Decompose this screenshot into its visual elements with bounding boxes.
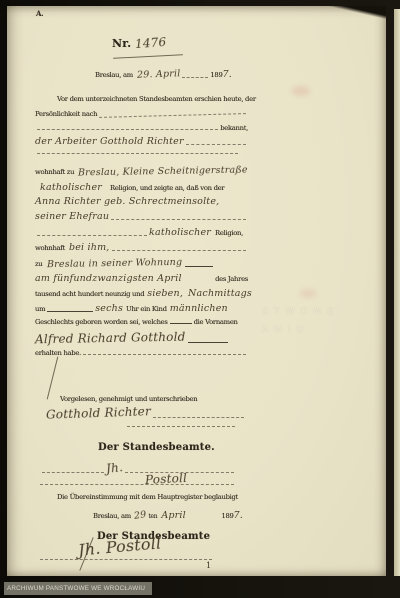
certification-text: Die Übereinstimmung mit dem Hauptregiste…	[57, 493, 238, 501]
birthplace-rule	[185, 265, 213, 267]
geschlecht-line: Geschlechts geboren worden sei, welches …	[35, 318, 248, 326]
next-page-edge	[394, 9, 400, 576]
childname-line: Alfred Richard Gotthold	[35, 331, 230, 345]
birthplace-line: zu Breslau in seiner Wohnung	[35, 258, 248, 269]
read-approved-text: Vorgelesen, genehmigt und unterschrieben	[60, 395, 197, 403]
um-label: um	[35, 305, 45, 313]
blank-dashes-1	[37, 152, 238, 154]
birth-daytime: Nachmittags	[188, 288, 252, 299]
year-label: des Jahres	[215, 275, 248, 283]
year-line: tausend acht hundert neunzig und sieben,…	[35, 288, 252, 299]
erhalten-fill-dashes	[83, 353, 246, 355]
page-number: 1	[206, 561, 211, 570]
certification-line: Die Übereinstimmung mit dem Hauptregiste…	[57, 493, 238, 501]
date-year-hand: 7.	[222, 69, 231, 80]
scanned-register-page: A. Nr. 1476 Breslau, am 29. April 189 7.…	[0, 0, 400, 598]
religion-label-2: Religion,	[215, 229, 243, 237]
declarant-line: der Arbeiter Gotthold Richter	[35, 136, 248, 147]
geschlecht-text: Geschlechts geboren worden sei, welches	[35, 318, 168, 326]
year-words: tausend acht hundert neunzig und	[35, 290, 144, 298]
religion-line-1: katholischer Religion, und zeigte an, da…	[40, 182, 224, 193]
birth-zu-label: zu	[35, 260, 42, 268]
page-corner-shadow	[316, 6, 386, 22]
signature-fill-dashes-1	[153, 416, 244, 418]
blank-line-2	[125, 425, 237, 429]
gender-hand: männlichen	[170, 303, 228, 314]
resides-line: wohnhaft bei ihm,	[35, 242, 248, 253]
religion2-fill-dashes	[37, 234, 147, 236]
certify-year-printed: 189	[221, 512, 233, 520]
geschlecht-rule	[170, 322, 192, 324]
birthdate-line: am fünfundzwanzigsten April des Jahres	[35, 273, 248, 284]
resides-label: wohnhaft	[35, 244, 65, 252]
birth-date: am fünfundzwanzigsten April	[35, 273, 182, 284]
hour-line: um sechs Uhr ein Kind männlichen	[35, 303, 248, 314]
read-approved-line: Vorgelesen, genehmigt und unterschrieben	[60, 395, 197, 403]
certify-ten-suffix: ten	[148, 513, 157, 520]
date-place-label: Breslau, am	[95, 71, 133, 79]
record-number-line: Nr. 1476	[112, 36, 167, 50]
archive-watermark-bar: ARCHIWUM PAŃSTWOWE WE WROCŁAWIU	[4, 582, 152, 595]
certify-place-label: Breslau, am	[93, 512, 131, 520]
mother-line: Anna Richter geb. Schrectmeinsolte,	[35, 196, 219, 207]
mother-religion: katholischer	[149, 227, 211, 238]
declarant-signature-line: Gotthold Richter	[46, 406, 246, 420]
year-hand: sieben,	[147, 288, 183, 299]
certify-month: April	[161, 510, 186, 521]
archive-watermark-mid-1: STWOWE	[262, 306, 340, 316]
record-number-value: 1476	[135, 35, 167, 51]
date-fill-dashes	[182, 76, 208, 78]
religion-label-1: Religion, und zeigte an, daß von der	[110, 184, 224, 192]
corner-mark: A.	[36, 9, 43, 18]
hour-hand: sechs	[95, 303, 123, 314]
declarant-fill-dashes	[186, 143, 246, 145]
intro-fill-dashes-2	[37, 128, 218, 130]
declarant-name: der Arbeiter Gotthold Richter	[35, 136, 184, 147]
archive-watermark-text: ARCHIWUM PAŃSTWOWE WE WROCŁAWIU	[7, 585, 145, 592]
mother-relation: seiner Ehefrau	[35, 211, 109, 222]
registrar-signature-initial: Jh.	[105, 460, 123, 476]
intro-line-1: Vor dem unterzeichneten Standesbeamten e…	[57, 95, 256, 103]
relation-fill-dashes	[111, 218, 246, 220]
blank-line-4	[38, 558, 214, 562]
date-line: Breslau, am 29. April 189 7.	[95, 69, 255, 80]
intro-text-2: Persönlichkeit nach	[35, 110, 97, 118]
corner-mark-label: A.	[36, 9, 43, 18]
intro-line-2: Persönlichkeit nach	[35, 110, 248, 118]
blank-line-1	[35, 152, 240, 156]
certify-day: 29	[133, 509, 147, 522]
date-year-printed: 189	[210, 71, 222, 79]
uhr-label: Uhr ein Kind	[126, 305, 167, 313]
declarant-religion: katholischer	[40, 182, 102, 193]
sig-dashes-a	[42, 471, 104, 473]
residence-label: wohnhaft zu	[35, 168, 74, 176]
registrar-heading: Der Standesbeamte.	[98, 442, 215, 453]
intro-text-1: Vor dem unterzeichneten Standesbeamten e…	[57, 95, 256, 103]
resides-fill-dashes	[112, 249, 247, 251]
erhalten-line: erhalten habe.	[35, 349, 248, 357]
date-day-month: 29. April	[137, 68, 181, 81]
archive-watermark-mid-2: AWIU	[262, 324, 309, 334]
child-names: Alfred Richard Gotthold	[35, 330, 186, 347]
certify-year-hand: 7.	[234, 510, 243, 521]
resides-value: bei ihm,	[69, 242, 110, 253]
hour-rule	[47, 310, 93, 312]
childname-rule	[188, 341, 228, 343]
blank-line-3	[38, 483, 236, 487]
blank-dashes-4	[40, 558, 212, 560]
vornamen-label: die Vornamen	[194, 318, 238, 326]
religion-line-2: katholischer Religion,	[35, 227, 248, 238]
registrar-heading-line: Der Standesbeamte.	[98, 442, 215, 453]
intro-line-3: bekannt,	[35, 124, 248, 132]
intro-fill-dashes-1	[99, 112, 246, 118]
record-number-label: Nr.	[112, 37, 131, 50]
certification-date-line: Breslau, am 29 ten April 189 7.	[93, 510, 243, 521]
residence-value: Breslau, Kleine Scheitnigerstraße	[78, 165, 248, 179]
declarant-signature: Gotthold Richter	[46, 404, 151, 422]
blank-dashes-2	[127, 425, 235, 427]
intro-known-label: bekannt,	[220, 124, 248, 132]
blank-dashes-3	[40, 483, 234, 485]
residence-line: wohnhaft zu Breslau, Kleine Scheitnigers…	[35, 166, 248, 177]
mother-name: Anna Richter geb. Schrectmeinsolte,	[35, 196, 219, 207]
registrar-sig-line-1: Jh.	[40, 461, 236, 475]
relation-line: seiner Ehefrau	[35, 211, 248, 222]
birth-place: Breslau in seiner Wohnung	[47, 257, 182, 270]
